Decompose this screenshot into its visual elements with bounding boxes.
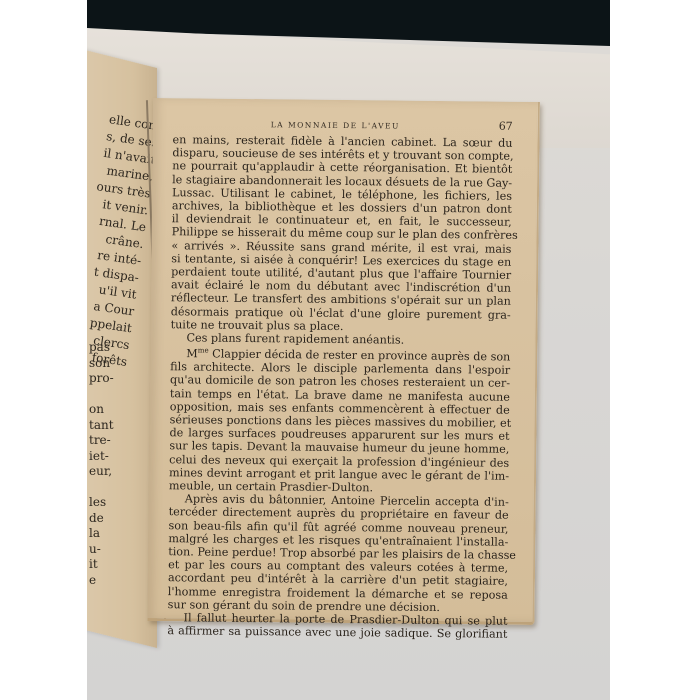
left-line: pro- <box>89 371 149 387</box>
page-number: 67 <box>499 120 513 133</box>
running-head: LA MONNAIE DE L'AVEU 67 <box>271 117 513 133</box>
left-line: it <box>89 557 149 573</box>
left-line: pas <box>89 340 149 356</box>
left-line: de <box>89 511 149 527</box>
left-page-text-lower: pas son pro- on tant tre- iet- eur, les … <box>87 340 149 588</box>
page-content: LA MONNAIE DE L'AVEU 67 en mains, rester… <box>167 116 512 641</box>
left-line: son <box>89 356 149 372</box>
right-page: LA MONNAIE DE L'AVEU 67 en mains, rester… <box>148 98 540 625</box>
left-line: u- <box>89 542 149 558</box>
left-line: tre- <box>89 433 149 449</box>
left-line: tant <box>89 418 149 434</box>
left-line <box>89 387 149 403</box>
body-text: en mains, resterait fidèle à l'ancien ca… <box>167 133 512 641</box>
left-line <box>89 480 149 496</box>
left-line: iet- <box>89 449 149 465</box>
mme-sup: me <box>198 347 209 355</box>
left-line: eur, <box>89 464 149 480</box>
running-head-title: LA MONNAIE DE L'AVEU <box>271 120 400 130</box>
left-line: on <box>89 402 149 418</box>
photo-scene: elle con- s, de ses il n'avait marine, o… <box>87 0 610 700</box>
left-line: e <box>89 573 149 589</box>
left-line: la <box>89 526 149 542</box>
left-line: les <box>89 495 149 511</box>
mme-abbrev: M <box>186 347 198 360</box>
text-line: à affirmer sa puissance avec une joie sa… <box>167 624 507 641</box>
